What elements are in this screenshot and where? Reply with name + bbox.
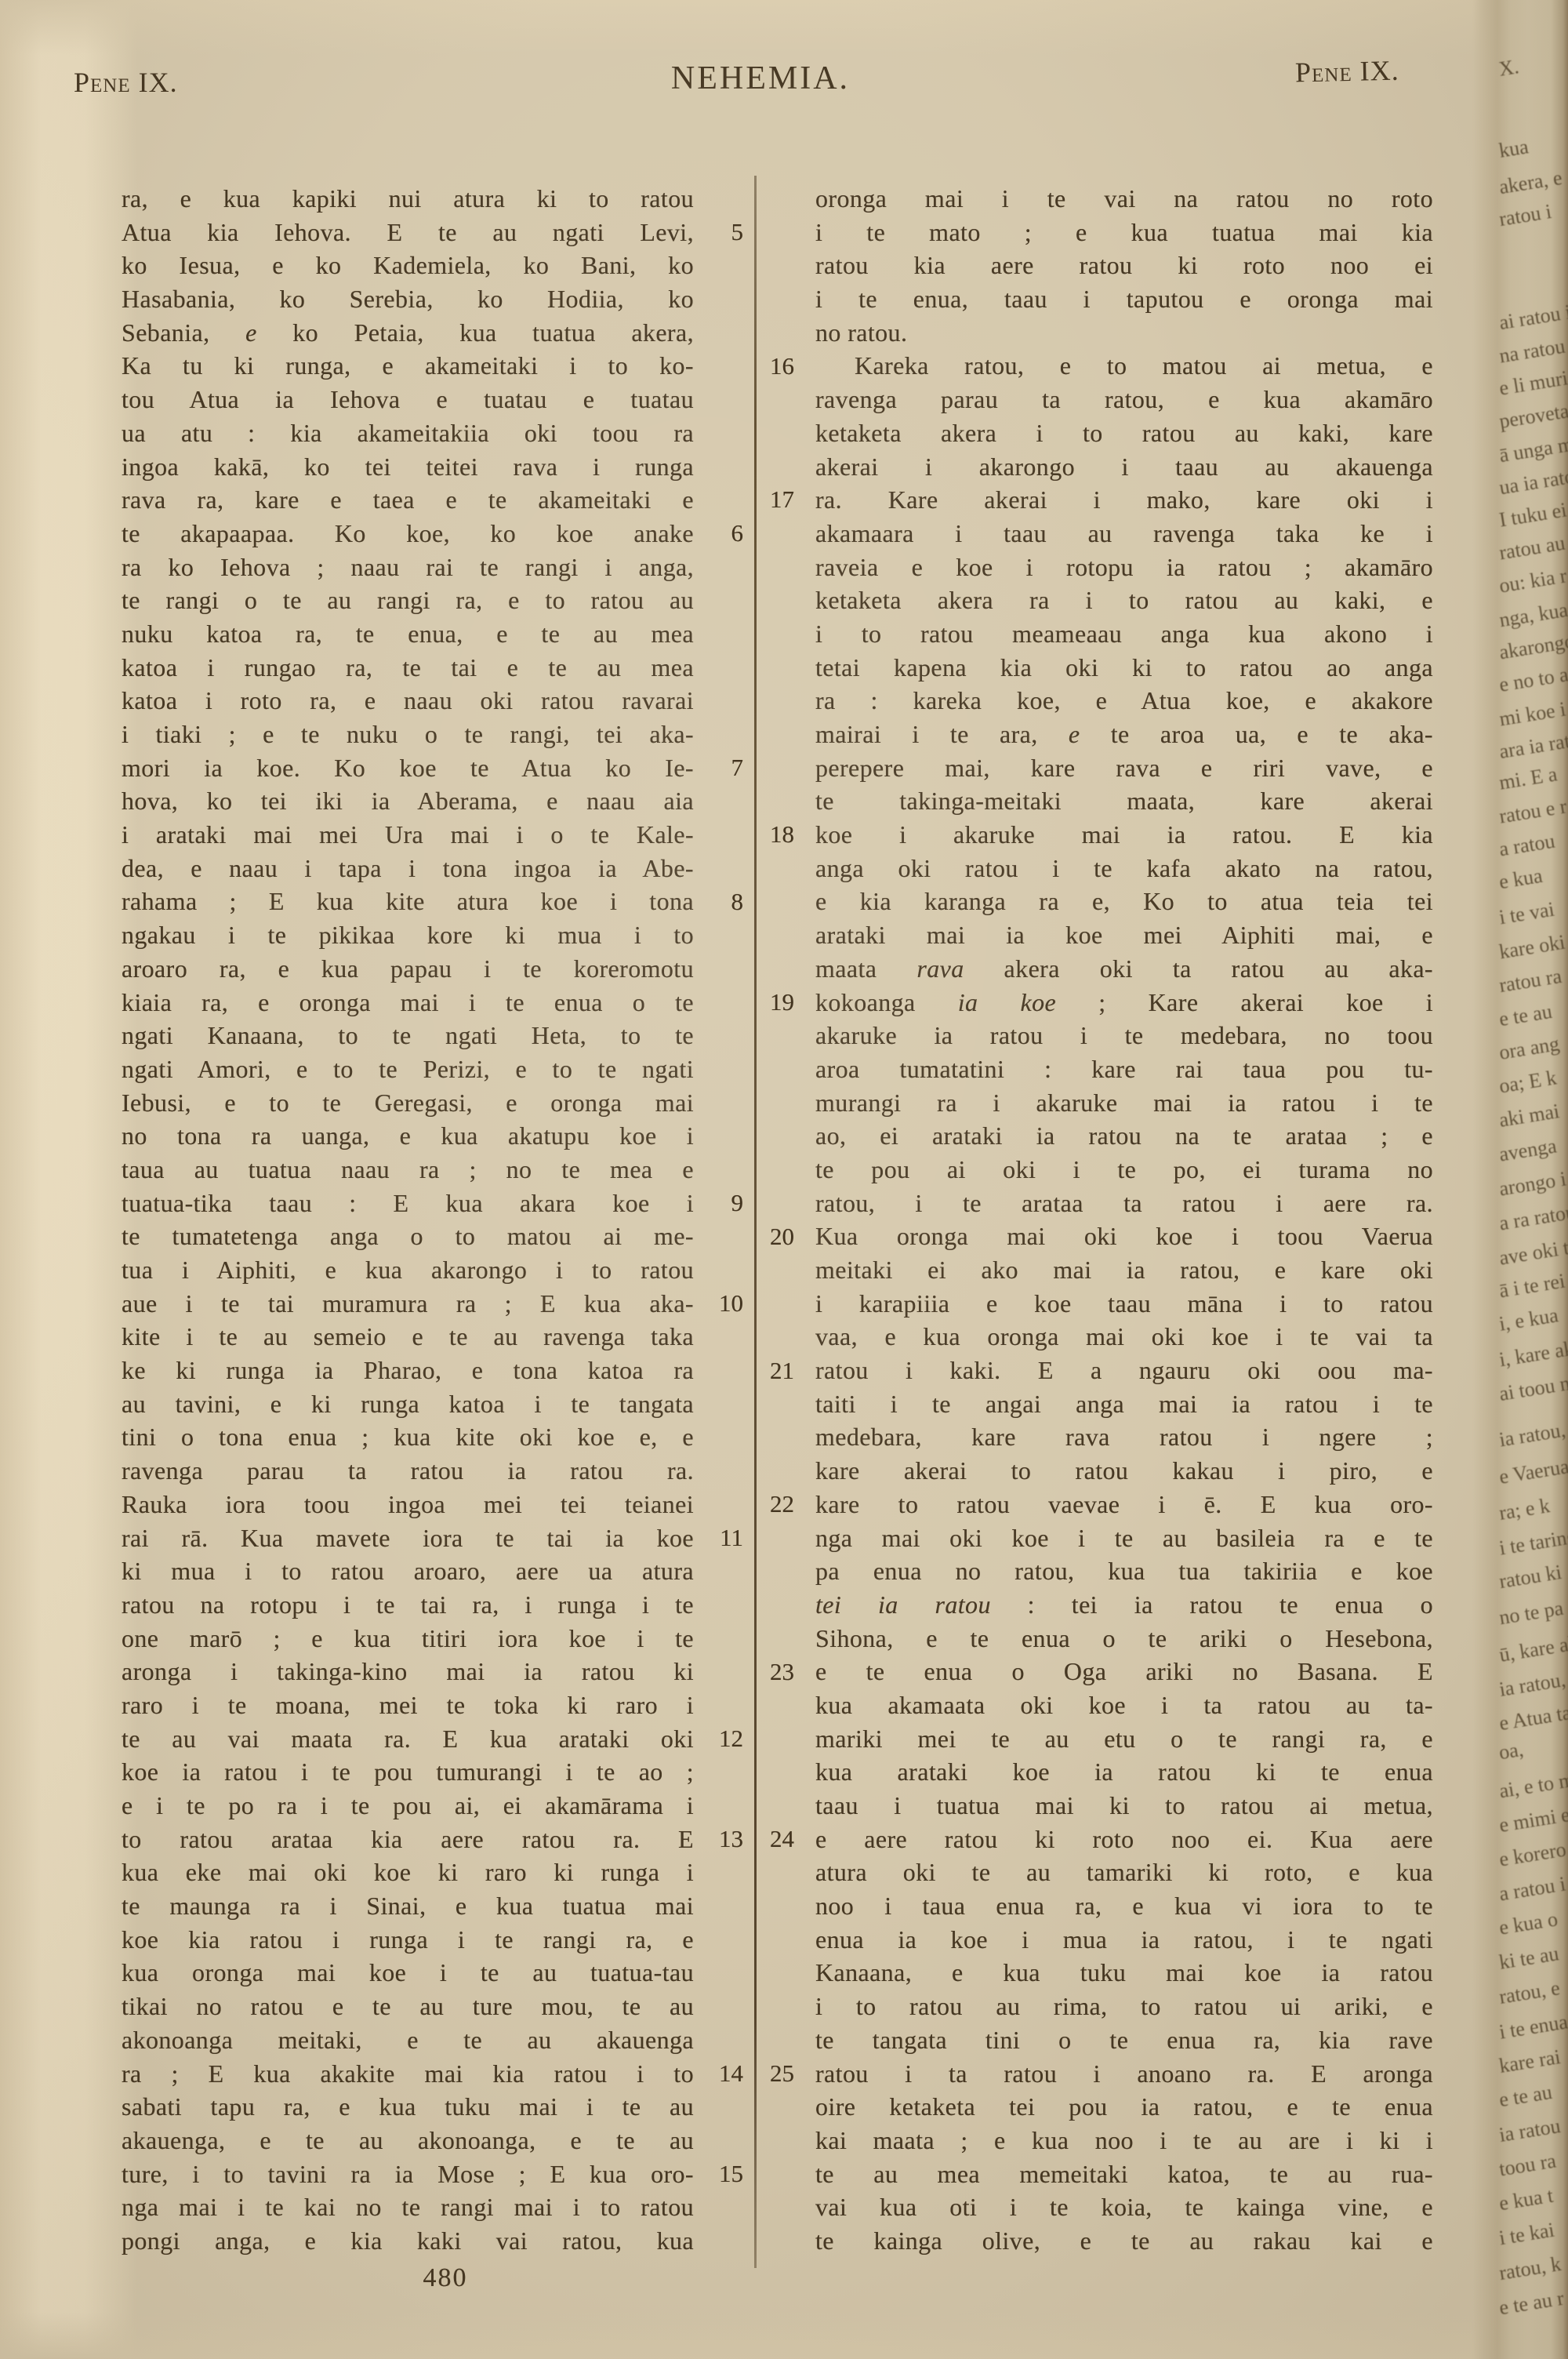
edge-text-fragment: e mimi e: [1497, 1803, 1568, 1837]
text-line: ngati Kanaana, to te ngati Heta, to te: [122, 1019, 694, 1052]
text-line: te au vai maata ra. E kua arataki oki: [122, 1722, 694, 1756]
text-line: kiaia ra, e oronga mai i te enua o te: [122, 986, 694, 1020]
text-line: i te mato ; e kua tuatua mai kia: [815, 216, 1433, 249]
text-line: kare to ratou vaevae i ē. E kua oro-: [815, 1488, 1433, 1521]
text-line: oronga mai i te vai na ratou no roto: [815, 182, 1433, 216]
text-line: kai maata ; e kua noo i te au are i ki i: [815, 2124, 1433, 2157]
verse-number: 10: [695, 1290, 743, 1317]
text-line: i karapiiia e koe taau māna i to ratou: [815, 1287, 1433, 1321]
text-line: tei ia ratou : tei ia ratou te enua o: [815, 1588, 1433, 1622]
text-line: Kua oronga mai oki koe i toou Vaerua: [815, 1219, 1433, 1253]
text-line: rava ra, kare e taea e te akameitaki e: [122, 483, 694, 517]
verse-number: 19: [770, 989, 818, 1016]
text-line: raveia e koe i rotopu ia ratou ; akamāro: [815, 551, 1433, 584]
edge-text-fragment: i, kare ak: [1497, 1337, 1568, 1372]
book-title: NEHEMIA.: [635, 60, 886, 97]
verse-number: 13: [695, 1826, 743, 1852]
text-line: maata rava akera oki ta ratou au aka-: [815, 952, 1433, 986]
edge-text-fragment: oa; E k: [1497, 1066, 1558, 1098]
text-line: hova, ko tei iki ia Aberama, e naau aia: [122, 784, 694, 818]
edge-text-fragment: ratou e r: [1497, 794, 1568, 828]
text-line: te kainga olive, e te au rakau kai e: [815, 2224, 1433, 2258]
edge-text-fragment: a ratou: [1497, 830, 1556, 862]
text-line: nga mai i te kai no te rangi mai i to ra…: [122, 2190, 694, 2224]
edge-text-fragment: akarongo: [1497, 630, 1568, 665]
text-line: no ratou.: [815, 316, 1433, 350]
running-head-left: Pene IX.: [74, 66, 178, 99]
edge-text-fragment: e Atua ta: [1497, 1701, 1568, 1736]
edge-text-fragment: mi koe i te: [1497, 695, 1568, 732]
text-line: pa enua no ratou, kua tua takiriia e koe: [815, 1554, 1433, 1588]
text-line: aronga i takinga-kino mai ia ratou ki: [122, 1655, 694, 1688]
column-divider-rule: [754, 176, 757, 2268]
text-line: enua ia koe i mua ia ratou, i te ngati: [815, 1923, 1433, 1957]
text-line: no tona ra uanga, e kua akatupu koe i: [122, 1119, 694, 1153]
verse-number: 20: [770, 1223, 818, 1250]
text-line: nga mai oki koe i te au basileia ra e te: [815, 1521, 1433, 1555]
text-line: Iebusi, e to te Geregasi, e oronga mai: [122, 1086, 694, 1120]
text-line: raro i te moana, mei te toka ki raro i: [122, 1688, 694, 1722]
text-line: ravenga parau ta ratou, e kua akamāro: [815, 383, 1433, 416]
text-line: aroa tumatatini : kare rai taua pou tu-: [815, 1052, 1433, 1086]
edge-text-fragment: ū, kare ak: [1497, 1631, 1568, 1667]
edge-text-fragment: ā i te rei: [1497, 1270, 1566, 1303]
text-line: Kanaana, e kua tuku mai koe ia ratou: [815, 1956, 1433, 1990]
verse-number: 6: [695, 520, 743, 547]
edge-text-fragment: aki mai: [1497, 1100, 1561, 1132]
edge-text-fragment: ua ia rato: [1497, 465, 1568, 500]
text-line: aue i te tai muramura ra ; E kua aka-: [122, 1287, 694, 1321]
edge-text-fragment: e te au r: [1497, 2287, 1566, 2321]
verse-number: 9: [695, 1190, 743, 1216]
verse-number: 21: [770, 1358, 818, 1384]
text-line: ra : kareka koe, e Atua koe, e akakore: [815, 684, 1433, 718]
edge-text-fragment: ai toou n: [1497, 1372, 1568, 1406]
text-line: katoa i rungao ra, te tai e te au mea: [122, 651, 694, 685]
text-line: e i te po ra i te pou ai, ei akamārama i: [122, 1789, 694, 1823]
book-fore-edge: X.kuaakera, eratou iai ratou ina ratou i…: [1472, 0, 1568, 2359]
text-line: arataki mai ia koe mei Aiphiti mai, e: [815, 918, 1433, 952]
text-line: Rauka iora toou ingoa mei tei teianei: [122, 1488, 694, 1521]
text-line: ngati Amori, e to te Perizi, e to te nga…: [122, 1052, 694, 1086]
text-line: e aere ratou ki roto noo ei. Kua aere: [815, 1823, 1433, 1856]
text-line: kare akerai to ratou kakau i piro, e: [815, 1454, 1433, 1488]
edge-text-fragment: arongo i: [1497, 1167, 1568, 1201]
text-line: e kia karanga ra e, Ko to atua teia tei: [815, 885, 1433, 918]
text-line: ki mua i to ratou aroaro, aere ua atura: [122, 1554, 694, 1588]
edge-text-fragment: ratou, e: [1497, 1976, 1562, 2009]
page-left-margin: [0, 0, 137, 2359]
text-line: taua au tuatua naau ra ; no te mea e: [122, 1153, 694, 1187]
text-line: i tiaki ; e te nuku o te rangi, tei aka-: [122, 718, 694, 751]
text-line: koe ia ratou i te pou tumurangi i te ao …: [122, 1755, 694, 1789]
edge-text-fragment: ratou i: [1497, 200, 1553, 231]
text-line: te tumatetenga anga o to matou ai me-: [122, 1219, 694, 1253]
text-line: ra. Kare akerai i mako, kare oki i: [815, 483, 1433, 517]
text-line: te maunga ra i Sinai, e kua tuatua mai: [122, 1889, 694, 1923]
edge-text-fragment: e kua o: [1497, 1907, 1559, 1939]
edge-text-fragment: mi. E a: [1497, 762, 1559, 794]
edge-text-fragment: ā unga ma: [1497, 431, 1568, 467]
text-line: taau i tuatua mai ki to ratou ai metua,: [815, 1789, 1433, 1823]
text-line: rai rā. Kua mavete iora te tai ia koe: [122, 1521, 694, 1555]
verse-number: 16: [770, 353, 818, 380]
text-line: ratou na rotopu i te tai ra, i runga i t…: [122, 1588, 694, 1622]
text-line: koe i akaruke mai ia ratou. E kia: [815, 818, 1433, 852]
text-line: kite i te au semeio e te au ravenga taka: [122, 1320, 694, 1354]
text-line: Ka tu ki runga, e akameitaki i to ko-: [122, 349, 694, 383]
text-line: pongi anga, e kia kaki vai ratou, kua: [122, 2224, 694, 2258]
text-line: perepere mai, kare rava e riri vave, e: [815, 751, 1433, 785]
text-line: mariki mei te au etu o te rangi ra, e: [815, 1722, 1433, 1756]
text-line: nuku katoa ra, te enua, e te au mea: [122, 617, 694, 651]
text-line: akamaara i taau au ravenga taka ke i: [815, 517, 1433, 551]
text-line: ratou i kaki. E a ngauru oki oou ma-: [815, 1354, 1433, 1387]
text-line: te pou ai oki i te po, ei turama no: [815, 1153, 1433, 1187]
edge-text-fragment: i, e kua: [1497, 1303, 1560, 1336]
edge-text-fragment: ia ratou: [1497, 2114, 1562, 2147]
text-line: ratou i ta ratou i anoano ra. E aronga: [815, 2057, 1433, 2091]
text-line: ra ; E kua akakite mai kia ratou i to: [122, 2057, 694, 2091]
text-line: tua i Aiphiti, e kua akarongo i to ratou: [122, 1253, 694, 1287]
text-line: aroaro ra, e kua papau i te koreromotu: [122, 952, 694, 986]
text-line: e te enua o Oga ariki no Basana. E: [815, 1655, 1433, 1688]
text-line: mori ia koe. Ko koe te Atua ko Ie-: [122, 751, 694, 785]
edge-text-fragment: ai ratou i: [1497, 300, 1568, 335]
text-line: tikai no ratou e te au ture mou, te au: [122, 1990, 694, 2023]
text-line: ture, i to tavini ra ia Mose ; E kua oro…: [122, 2157, 694, 2191]
edge-text-fragment: ratou au: [1497, 532, 1566, 565]
edge-text-fragment: e korero: [1497, 1837, 1568, 1871]
edge-text-fragment: ra; e k: [1497, 1494, 1552, 1525]
edge-text-fragment: ratou, k: [1497, 2252, 1563, 2285]
edge-text-fragment: nga, kua k: [1497, 596, 1568, 632]
text-line: rahama ; E kua kite atura koe i tona: [122, 885, 694, 918]
edge-text-fragment: akera, e: [1497, 166, 1564, 199]
verse-number: 17: [770, 486, 818, 513]
text-line: ratou kia aere ratou ki roto noo ei: [815, 249, 1433, 282]
text-line: sabati tapu ra, e kua tuku mai i te au: [122, 2090, 694, 2124]
text-line: akaruke ia ratou i te medebara, no toou: [815, 1019, 1433, 1052]
edge-text-fragment: ai, e to m: [1497, 1768, 1568, 1804]
verse-number: 18: [770, 821, 818, 848]
edge-text-fragment: no te pa: [1497, 1597, 1565, 1630]
edge-text-fragment: peroveta: [1497, 399, 1568, 434]
edge-text-fragment: kua: [1497, 135, 1530, 163]
text-line: au tavini, e ki runga katoa i te tangata: [122, 1387, 694, 1421]
text-line: ngakau i te pikikaa kore ki mua i to: [122, 918, 694, 952]
edge-text-fragment: e Vaerua: [1497, 1455, 1568, 1489]
text-line: ketaketa akera i to ratou au kaki, kare: [815, 416, 1433, 450]
text-line: te tangata tini o te enua ra, kia rave: [815, 2023, 1433, 2057]
edge-text-fragment: oa,: [1497, 1738, 1525, 1765]
text-line: oire ketaketa tei pou ia ratou, e te enu…: [815, 2090, 1433, 2124]
edge-text-fragment: a ratou i: [1497, 1873, 1567, 1906]
edge-text-fragment: ratou ra: [1497, 965, 1563, 998]
text-line: koe kia ratou i runga i te rangi ra, e: [122, 1923, 694, 1957]
text-line: meitaki ei ako mai ia ratou, e kare oki: [815, 1253, 1433, 1287]
edge-text-fragment: ratou ki: [1497, 1561, 1563, 1594]
text-line: kokoanga ia koe ; Kare akerai koe i: [815, 986, 1433, 1020]
edge-text-fragment: i te taring: [1497, 1525, 1568, 1560]
page-number: 480: [367, 2263, 524, 2293]
text-line: kua arataki koe ia ratou ki te enua: [815, 1755, 1433, 1789]
edge-text-fragment: kare rai: [1497, 2045, 1562, 2078]
edge-text-fragment: avenga: [1497, 1134, 1558, 1166]
text-line: i arataki mai mei Ura mai i o te Kale-: [122, 818, 694, 852]
verse-number: 8: [695, 889, 743, 915]
page-top-margin: [0, 0, 1568, 55]
text-line: ke ki runga ia Pharao, e tona katoa ra: [122, 1354, 694, 1387]
text-line: to ratou arataa kia aere ratou ra. E: [122, 1823, 694, 1856]
edge-text-fragment: ki te au: [1497, 1942, 1560, 1975]
verse-number: 23: [770, 1659, 818, 1685]
edge-text-fragment: ave oki te: [1497, 1234, 1568, 1270]
text-line: akonoanga meitaki, e te au akauenga: [122, 2023, 694, 2057]
text-line: Atua kia Iehova. E te au ngati Levi,: [122, 216, 694, 249]
verse-number: 24: [770, 1826, 818, 1852]
text-line: dea, e naau i tapa i tona ingoa ia Abe-: [122, 852, 694, 885]
text-line: akauenga, e te au akonoanga, e te au: [122, 2124, 694, 2157]
text-line: ratou, i te arataa ta ratou i aere ra.: [815, 1187, 1433, 1220]
edge-text-fragment: i te kai: [1497, 2219, 1556, 2251]
text-line: tuatua-tika taau : E kua akara koe i: [122, 1187, 694, 1220]
text-line: te akapaapaa. Ko koe, ko koe anake: [122, 517, 694, 551]
verse-number: 22: [770, 1491, 818, 1518]
text-line: i te enua, taau i taputou e oronga mai: [815, 282, 1433, 316]
text-line: i to ratou au rima, to ratou ui ariki, e: [815, 1990, 1433, 2023]
verse-number: 7: [695, 754, 743, 781]
text-line: Sebania, e ko Petaia, kua tuatua akera,: [122, 316, 694, 350]
text-line: ko Iesua, e ko Kademiela, ko Bani, ko: [122, 249, 694, 282]
text-line: taiti i te angai anga mai ia ratou i te: [815, 1387, 1433, 1421]
edge-text-fragment: ia ratou,: [1497, 1419, 1567, 1452]
text-line: tou Atua ia Iehova e tuatau e tuatau: [122, 383, 694, 416]
text-line: Sihona, e te enua o te ariki o Hesebona,: [815, 1622, 1433, 1656]
edge-text-fragment: X.: [1497, 55, 1521, 82]
verse-number: 11: [695, 1525, 743, 1551]
text-line: Kareka ratou, e to matou ai metua, e: [815, 349, 1433, 383]
verse-number: 15: [695, 2161, 743, 2187]
text-line: ravenga parau ta ratou ia ratou ra.: [122, 1454, 694, 1488]
text-line: noo i taua enua ra, e kua vi iora to te: [815, 1889, 1433, 1923]
text-line: katoa i roto ra, e naau oki ratou ravara…: [122, 684, 694, 718]
text-line: ra ko Iehova ; naau rai te rangi i anga,: [122, 551, 694, 584]
text-line: akerai i akarongo i taau au akauenga: [815, 450, 1433, 484]
edge-text-fragment: i te vai: [1497, 898, 1556, 930]
text-line: anga oki ratou i te kafa akato na ratou,: [815, 852, 1433, 885]
edge-text-fragment: a ra ratou: [1497, 1201, 1568, 1236]
text-line: ua atu : kia akameitakiia oki toou ra: [122, 416, 694, 450]
text-line: Hasabania, ko Serebia, ko Hodiia, ko: [122, 282, 694, 316]
edge-text-fragment: na ratou i: [1497, 333, 1568, 369]
text-line: te rangi o te au rangi ra, e to ratou au: [122, 583, 694, 617]
column-left: ra, e kua kapiki nui atura ki to ratouAt…: [122, 182, 694, 2258]
text-line: tini o tona enua ; kua kite oki koe e, e: [122, 1420, 694, 1454]
text-line: te takinga-meitaki maata, kare akerai: [815, 784, 1433, 818]
text-line: kua akamaata oki koe i ta ratou au ta-: [815, 1688, 1433, 1722]
edge-text-fragment: I tuku ei: [1497, 498, 1568, 532]
edge-text-fragment: ou: kia r: [1497, 564, 1568, 598]
verse-number: 14: [695, 2060, 743, 2087]
edge-text-fragment: e te au: [1497, 2081, 1554, 2112]
page: Pene IX. NEHEMIA. Pene IX. ra, e kua kap…: [0, 0, 1568, 2359]
edge-text-fragment: e te au: [1497, 1000, 1554, 1031]
text-line: ketaketa akera ra i to ratou au kaki, e: [815, 583, 1433, 617]
verse-number: 12: [695, 1725, 743, 1752]
text-line: atura oki te au tamariki ki roto, e kua: [815, 1856, 1433, 1889]
text-line: mairai i te ara, e te aroa ua, e te aka-: [815, 718, 1433, 751]
edge-text-fragment: ara ia rato: [1497, 728, 1568, 764]
text-line: kua eke mai oki koe ki raro ki runga i: [122, 1856, 694, 1889]
text-line: vai kua oti i te koia, te kainga vine, e: [815, 2190, 1433, 2224]
text-line: i to ratou meameaau anga kua akono i: [815, 617, 1433, 651]
text-line: kua oronga mai koe i te au tuatua-tau: [122, 1956, 694, 1990]
edge-text-fragment: e no to a: [1497, 663, 1568, 697]
edge-text-fragment: kare oki: [1497, 931, 1566, 965]
text-line: murangi ra i akaruke mai ia ratou i te: [815, 1086, 1433, 1120]
edge-text-fragment: e kua t: [1497, 2184, 1555, 2215]
edge-text-fragment: ia ratou, e: [1497, 1666, 1568, 1702]
text-line: one marō ; e kua titiri iora koe i te: [122, 1622, 694, 1656]
edge-text-fragment: e kua: [1497, 864, 1544, 894]
text-line: medebara, kare rava ratou i ngere ;: [815, 1420, 1433, 1454]
text-line: vaa, e kua oronga mai oki koe i te vai t…: [815, 1320, 1433, 1354]
text-line: ingoa kakā, ko tei teitei rava i runga: [122, 450, 694, 484]
page-bottom-margin: [0, 2312, 1568, 2359]
edge-text-fragment: i te enua: [1497, 2010, 1568, 2044]
text-line: ra, e kua kapiki nui atura ki to ratou: [122, 182, 694, 216]
verse-number: 5: [695, 219, 743, 245]
running-head-right: Pene IX.: [1295, 54, 1399, 89]
edge-text-fragment: ora ang: [1497, 1032, 1561, 1065]
verse-number: 25: [770, 2060, 818, 2087]
text-line: ao, ei arataki ia ratou na te arataa ; e: [815, 1119, 1433, 1153]
text-line: te au mea memeitaki katoa, te au rua-: [815, 2157, 1433, 2191]
column-right: oronga mai i te vai na ratou no rotoi te…: [815, 182, 1433, 2258]
edge-text-fragment: toou ra: [1497, 2149, 1558, 2181]
text-line: tetai kapena kia oki ki to ratou ao anga: [815, 651, 1433, 685]
edge-text-fragment: e li muri: [1497, 366, 1568, 400]
